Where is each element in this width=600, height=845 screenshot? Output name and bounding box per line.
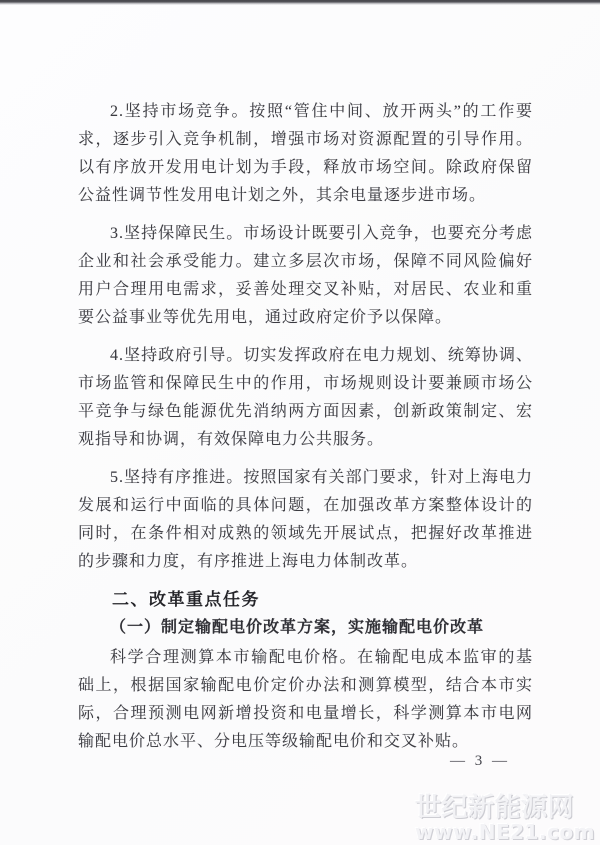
paragraph-orderly-advance: 5.坚持有序推进。按照国家有关部门要求，针对上海电力发展和运行中面临的具体问题，… <box>78 464 533 576</box>
section-heading-reform-tasks: 二、改革重点任务 <box>78 586 533 614</box>
watermark-site-url: www.NE21.com <box>415 822 595 843</box>
document-body: 2.坚持市场竞争。按照“管住中间、放开两头”的工作要求，逐步引入竞争机制，增强市… <box>78 98 533 766</box>
paragraph-market-competition: 2.坚持市场竞争。按照“管住中间、放开两头”的工作要求，逐步引入竞争机制，增强市… <box>78 98 533 210</box>
paragraph-government-guidance: 4.坚持政府引导。切实发挥政府在电力规划、统筹协调、市场监管和保障民生中的作用，… <box>78 342 533 454</box>
watermark: 世纪新能源网 www.NE21.com <box>415 795 595 843</box>
subsection-heading-transmission-price-reform: （一）制定输配电价改革方案，实施输配电价改革 <box>78 614 533 642</box>
page-number: — 3 — <box>450 753 510 770</box>
scanned-document-page: 2.坚持市场竞争。按照“管住中间、放开两头”的工作要求，逐步引入竞争机制，增强市… <box>0 0 600 845</box>
paragraph-protect-livelihood: 3.坚持保障民生。市场设计既要引入竞争，也要充分考虑企业和社会承受能力。建立多层… <box>78 220 533 332</box>
watermark-site-name: 世纪新能源网 <box>415 795 595 822</box>
scan-edge-line <box>0 0 600 5</box>
paragraph-price-calculation: 科学合理测算本市输配电价格。在输配电成本监审的基础上，根据国家输配电价定价办法和… <box>78 644 533 756</box>
